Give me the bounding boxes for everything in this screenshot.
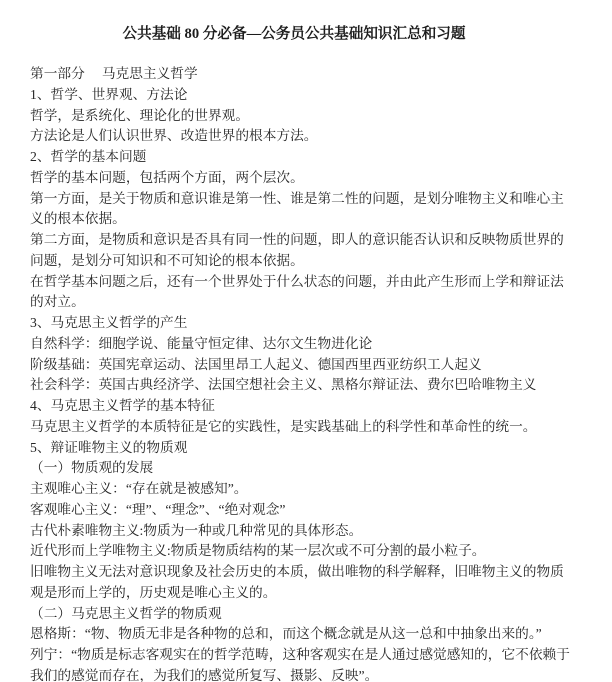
document-page: 公共基础 80 分必备—公务员公共基础知识汇总和习题 第一部分 马克思主义哲学1…	[0, 0, 612, 682]
text-line: 社会科学：英国古典经济学、法国空想社会主义、黑格尔辩证法、费尔巴哈唯物主义	[30, 375, 590, 396]
text-line: 观是形而上学的，历史观是唯心主义的。	[30, 583, 590, 604]
text-line: 4、马克思主义哲学的基本特征	[30, 396, 590, 417]
text-line: 古代朴素唯物主义:物质为一种或几种常见的具体形态。	[30, 521, 590, 542]
text-line: 3、马克思主义哲学的产生	[30, 313, 590, 334]
text-line: 的对立。	[30, 292, 590, 313]
text-line: 阶级基础：英国宪章运动、法国里昂工人起义、德国西里西亚纺织工人起义	[30, 355, 590, 376]
text-line: 近代形而上学唯物主义:物质是物质结构的某一层次或不可分割的最小粒子。	[30, 541, 590, 562]
text-line: 哲学的基本问题，包括两个方面，两个层次。	[30, 168, 590, 189]
text-line: 自然科学：细胞学说、能量守恒定律、达尔文生物进化论	[30, 334, 590, 355]
text-line: 恩格斯：“物、物质无非是各种物的总和，而这个概念就是从这一总和中抽象出来的。”	[30, 624, 590, 645]
text-line: 在哲学基本问题之后，还有一个世界处于什么状态的问题，并由此产生形而上学和辩证法	[30, 272, 590, 293]
text-line: 5、辩证唯物主义的物质观	[30, 438, 590, 459]
text-line: 方法论是人们认识世界、改造世界的根本方法。	[30, 126, 590, 147]
document-title: 公共基础 80 分必备—公务员公共基础知识汇总和习题	[0, 0, 612, 44]
text-line: 哲学，是系统化、理论化的世界观。	[30, 106, 590, 127]
text-line: 义的根本依据。	[30, 209, 590, 230]
text-line: （二）马克思主义哲学的物质观	[30, 604, 590, 625]
text-line: 第一部分 马克思主义哲学	[30, 64, 590, 85]
text-line: 旧唯物主义无法对意识现象及社会历史的本质，做出唯物的科学解释，旧唯物主义的物质	[30, 562, 590, 583]
text-line: 第一方面，是关于物质和意识谁是第一性、谁是第二性的问题，是划分唯物主义和唯心主	[30, 189, 590, 210]
text-line: 第二方面，是物质和意识是否具有同一性的问题，即人的意识能否认识和反映物质世界的	[30, 230, 590, 251]
text-line: 列宁：“物质是标志客观实在的哲学范畴，这种客观实在是人通过感觉感知的，它不依赖于	[30, 645, 590, 666]
text-line: 问题，是划分可知识和不可知论的根本依据。	[30, 251, 590, 272]
text-line: 主观唯心主义：“存在就是被感知”。	[30, 479, 590, 500]
text-line: （一）物质观的发展	[30, 458, 590, 479]
text-line: 客观唯心主义：“理”、“理念”、“绝对观念”	[30, 500, 590, 521]
text-line: 马克思主义哲学的本质特征是它的实践性，是实践基础上的科学性和革命性的统一。	[30, 417, 590, 438]
document-body: 第一部分 马克思主义哲学1、哲学、世界观、方法论哲学，是系统化、理论化的世界观。…	[0, 64, 612, 682]
text-line: 我们的感觉而存在，为我们的感觉所复写、摄影、反映”。	[30, 666, 590, 682]
text-line: 2、哲学的基本问题	[30, 147, 590, 168]
text-line: 1、哲学、世界观、方法论	[30, 85, 590, 106]
